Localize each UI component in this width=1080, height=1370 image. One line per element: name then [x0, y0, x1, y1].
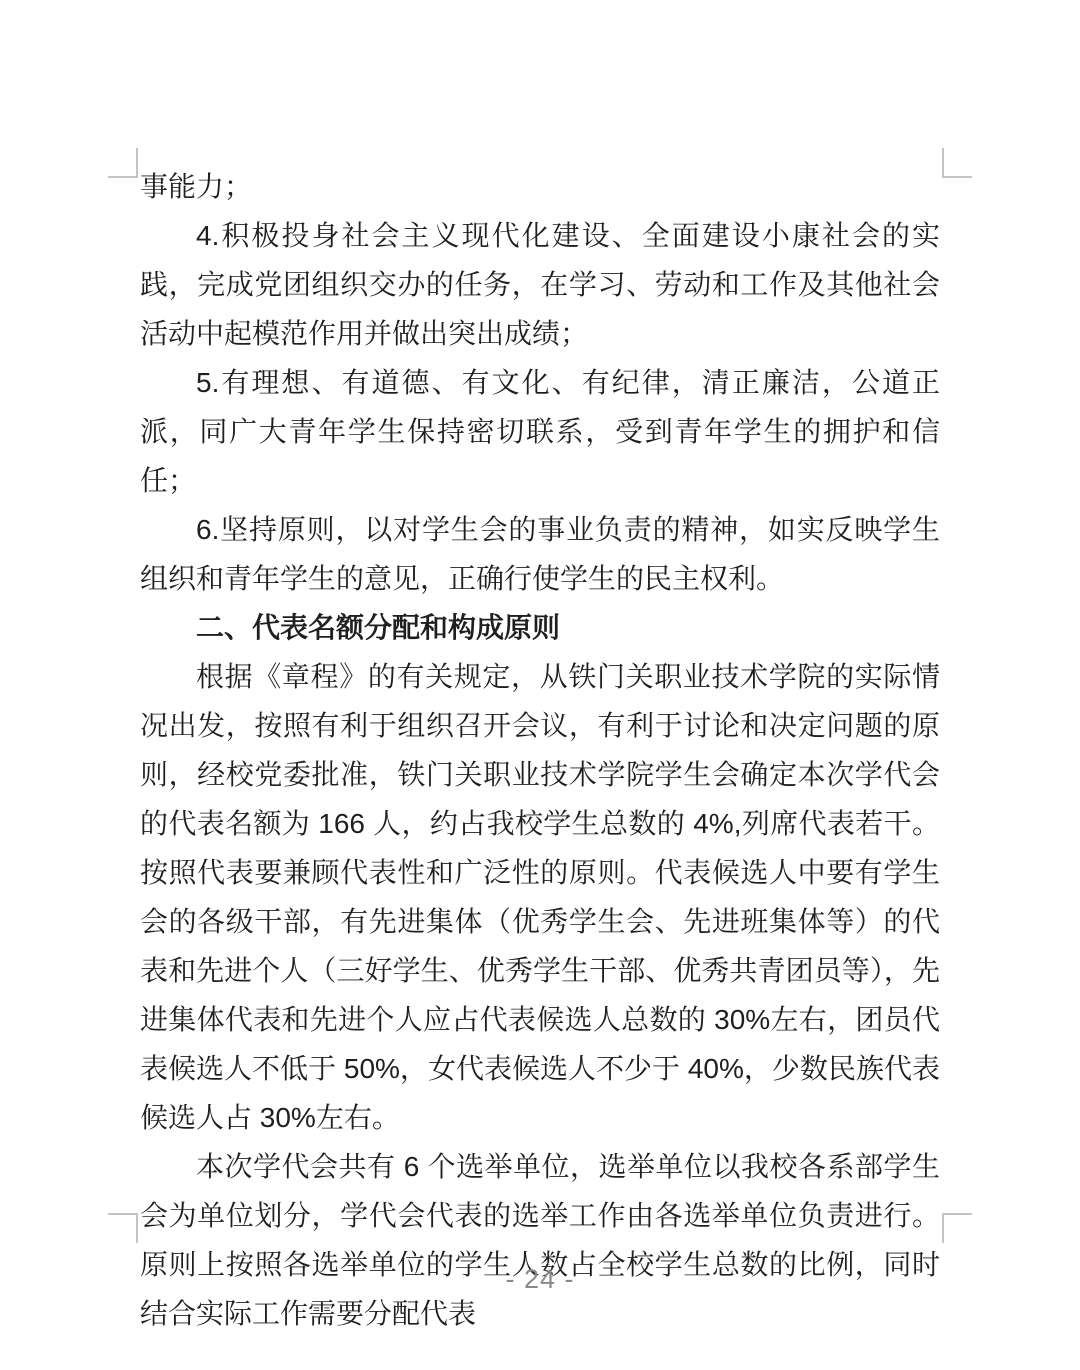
- crop-mark-bottom-right: [942, 1213, 972, 1243]
- paragraph-election-units: 本次学代会共有 6 个选举单位，选举单位以我校各系部学生会为单位划分，学代会代表…: [140, 1142, 940, 1338]
- paragraph-continuation: 事能力；: [140, 162, 940, 211]
- paragraph-item-4: 4.积极投身社会主义现代化建设、全面建设小康社会的实践，完成党团组织交办的任务，…: [140, 211, 940, 358]
- paragraph-item-6: 6.坚持原则，以对学生会的事业负责的精神，如实反映学生组织和青年学生的意见，正确…: [140, 505, 940, 603]
- page-body: 事能力； 4.积极投身社会主义现代化建设、全面建设小康社会的实践，完成党团组织交…: [140, 162, 940, 1338]
- crop-mark-top-right: [942, 148, 972, 178]
- document-page: 事能力； 4.积极投身社会主义现代化建设、全面建设小康社会的实践，完成党团组织交…: [0, 0, 1080, 1370]
- paragraph-item-5: 5.有理想、有道德、有文化、有纪律，清正廉洁，公道正派，同广大青年学生保持密切联…: [140, 358, 940, 505]
- paragraph-quota-allocation: 根据《章程》的有关规定，从铁门关职业技术学院的实际情况出发，按照有利于组织召开会…: [140, 652, 940, 1142]
- crop-mark-bottom-left: [108, 1213, 138, 1243]
- crop-mark-top-left: [108, 148, 138, 178]
- page-number: - 24 -: [0, 1264, 1080, 1295]
- section-heading: 二、代表名额分配和构成原则: [140, 603, 940, 652]
